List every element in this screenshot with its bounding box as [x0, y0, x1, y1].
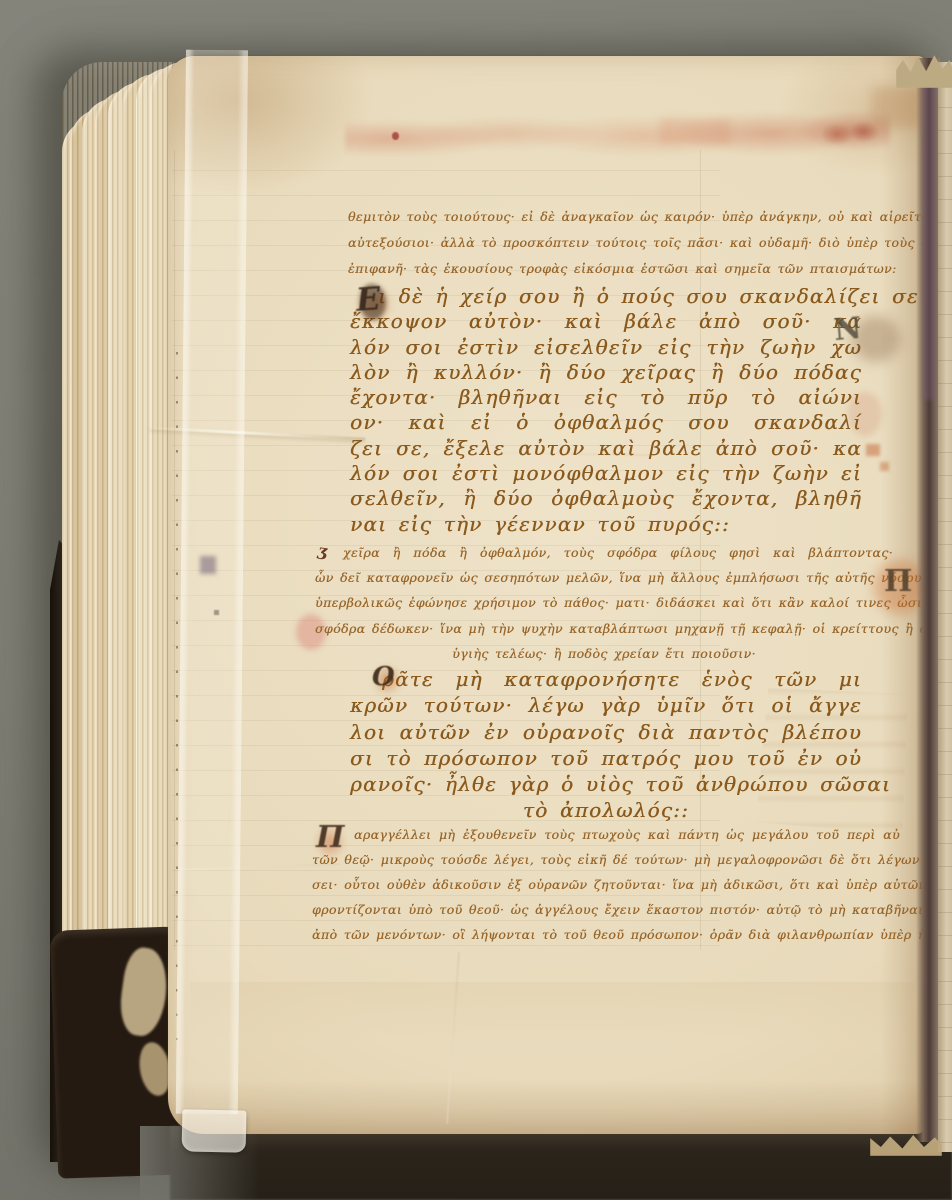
- text-line: αὐτεξούσιοι· ἀλλὰ τὸ προσκόπτειν τούτοις…: [348, 230, 888, 256]
- commentary-block-middle: χεῖρα ἢ πόδα ἢ ὀφθαλμόν, τοὺς σφόδρα φίλ…: [315, 540, 893, 666]
- red-ink-dot: [392, 132, 399, 140]
- repair-tape-end-flap: [182, 1109, 247, 1152]
- text-line: ρανοῖς· ἦλθε γὰρ ὁ υἱὸς τοῦ ἀνθρώπου σῶσ…: [350, 771, 862, 797]
- text-line: ον· καὶ εἰ ὁ ὀφθαλμός σου σκανδαλί: [350, 410, 862, 435]
- text-line: φροντίζονται ὑπὸ τοῦ θεοῦ· ὡς ἀγγέλους ἔ…: [312, 897, 900, 922]
- gospel-lemma-matthew-18-10-11: ρᾶτε μὴ καταφρονήσητε ἑνὸς τῶν μι κρῶν τ…: [350, 666, 862, 824]
- text-line: λοι αὐτῶν ἐν οὐρανοῖς διὰ παντὸς βλέπου: [350, 719, 862, 745]
- repair-tape-strip: [176, 50, 248, 1115]
- commentary-block-top: θεμιτὸν τοὺς τοιούτους· εἰ δὲ ἀναγκαῖον …: [348, 204, 888, 282]
- facing-page-edge: [938, 62, 952, 1152]
- commentary-block-bottom: αραγγέλλει μὴ ἐξουθενεῖν τοὺς πτωχοὺς κα…: [312, 822, 900, 947]
- text-line: σι τὸ πρόσωπον τοῦ πατρός μου τοῦ ἐν οὐ: [350, 745, 862, 771]
- text-line: αραγγέλλει μὴ ἐξουθενεῖν τοὺς πτωχοὺς κα…: [312, 822, 900, 847]
- text-line: ἀπὸ τῶν μενόντων· οἳ λήψονται τὸ τοῦ θεο…: [312, 922, 900, 947]
- text-line: ὧν δεῖ καταφρονεῖν ὡς σεσηπότων μελῶν, ἵ…: [315, 565, 893, 590]
- bottom-edge-shadow: [170, 1126, 952, 1200]
- margin-mark-pi: Π: [884, 564, 912, 599]
- text-line: ζει σε, ἔξελε αὐτὸν καὶ βάλε ἀπὸ σοῦ· κα: [350, 436, 862, 461]
- text-line: σελθεῖν, ἢ δύο ὀφθαλμοὺς ἔχοντα, βληθῆ: [350, 486, 862, 511]
- text-line: ἐπιφανῆ· τὰς ἑκουσίους τροφὰς εἰκόσμια ἑ…: [348, 256, 888, 282]
- ruling-vertical-line: [174, 150, 175, 950]
- text-line: θεμιτὸν τοὺς τοιούτους· εἰ δὲ ἀναγκαῖον …: [348, 204, 888, 230]
- text-line: ὑγιὴς τελέως· ἢ ποδὸς χρείαν ἔτι ποιοῦσι…: [315, 641, 893, 666]
- faint-stain: [660, 118, 730, 144]
- text-line: ρᾶτε μὴ καταφρονήσητε ἑνὸς τῶν μι: [350, 666, 862, 692]
- rust-stain: [880, 462, 889, 471]
- text-line: σφόδρα δέδωκεν· ἵνα μὴ τὴν ψυχὴν καταβλά…: [315, 616, 893, 641]
- gospel-lemma-matthew-18-8-9: ι δὲ ἡ χείρ σου ἢ ὁ πούς σου σκανδαλίζει…: [350, 284, 862, 537]
- text-line: λόν σοι ἐστὶ μονόφθαλμον εἰς τὴν ζωὴν εἰ: [350, 461, 862, 486]
- text-line: ἔχοντα· βληθῆναι εἰς τὸ πῦρ τὸ αἰώνι: [350, 385, 862, 410]
- photograph-of-manuscript: { "manuscript": { "description": "Photog…: [0, 0, 952, 1200]
- initial-epsilon: Ε: [355, 279, 382, 319]
- text-line: χεῖρα ἢ πόδα ἢ ὀφθαλμόν, τοὺς σφόδρα φίλ…: [315, 540, 893, 565]
- initial-omicron: Ο: [372, 662, 395, 692]
- faded-red-rubric: [345, 110, 890, 162]
- text-line: λὸν ἢ κυλλόν· ἢ δύο χεῖρας ἢ δύο πόδας: [350, 360, 862, 385]
- text-line: σει· οὗτοι οὐθὲν ἀδικοῦσιν ἐξ οὐρανῶν ζη…: [312, 872, 900, 897]
- tonal-band: [190, 982, 914, 1042]
- initial-pi: Π: [316, 820, 344, 855]
- rust-stain: [866, 444, 880, 456]
- text-line: τὸ ἀπολωλός::: [350, 797, 862, 823]
- text-line: λόν σοι ἐστὶν εἰσελθεῖν εἰς τὴν ζωὴν χω: [350, 335, 862, 360]
- text-line: τῶν θεῷ· μικροὺς τούσδε λέγει, τοὺς εἰκῆ…: [312, 847, 900, 872]
- text-line: κρῶν τούτων· λέγω γὰρ ὑμῖν ὅτι οἱ ἄγγε: [350, 692, 862, 718]
- text-line: ἔκκοψον αὐτὸν· καὶ βάλε ἀπὸ σοῦ· κα: [350, 309, 862, 334]
- text-line: ναι εἰς τὴν γέενναν τοῦ πυρός::: [350, 512, 862, 537]
- gutter-purple-tint: [922, 70, 936, 400]
- margin-mark-nu: Ν: [833, 311, 863, 348]
- text-line: ι δὲ ἡ χείρ σου ἢ ὁ πούς σου σκανδαλίζει…: [350, 284, 862, 309]
- text-line: ὑπερβολικῶς ἐφώνησε χρήσιμον τὸ πάθος· μ…: [315, 590, 893, 615]
